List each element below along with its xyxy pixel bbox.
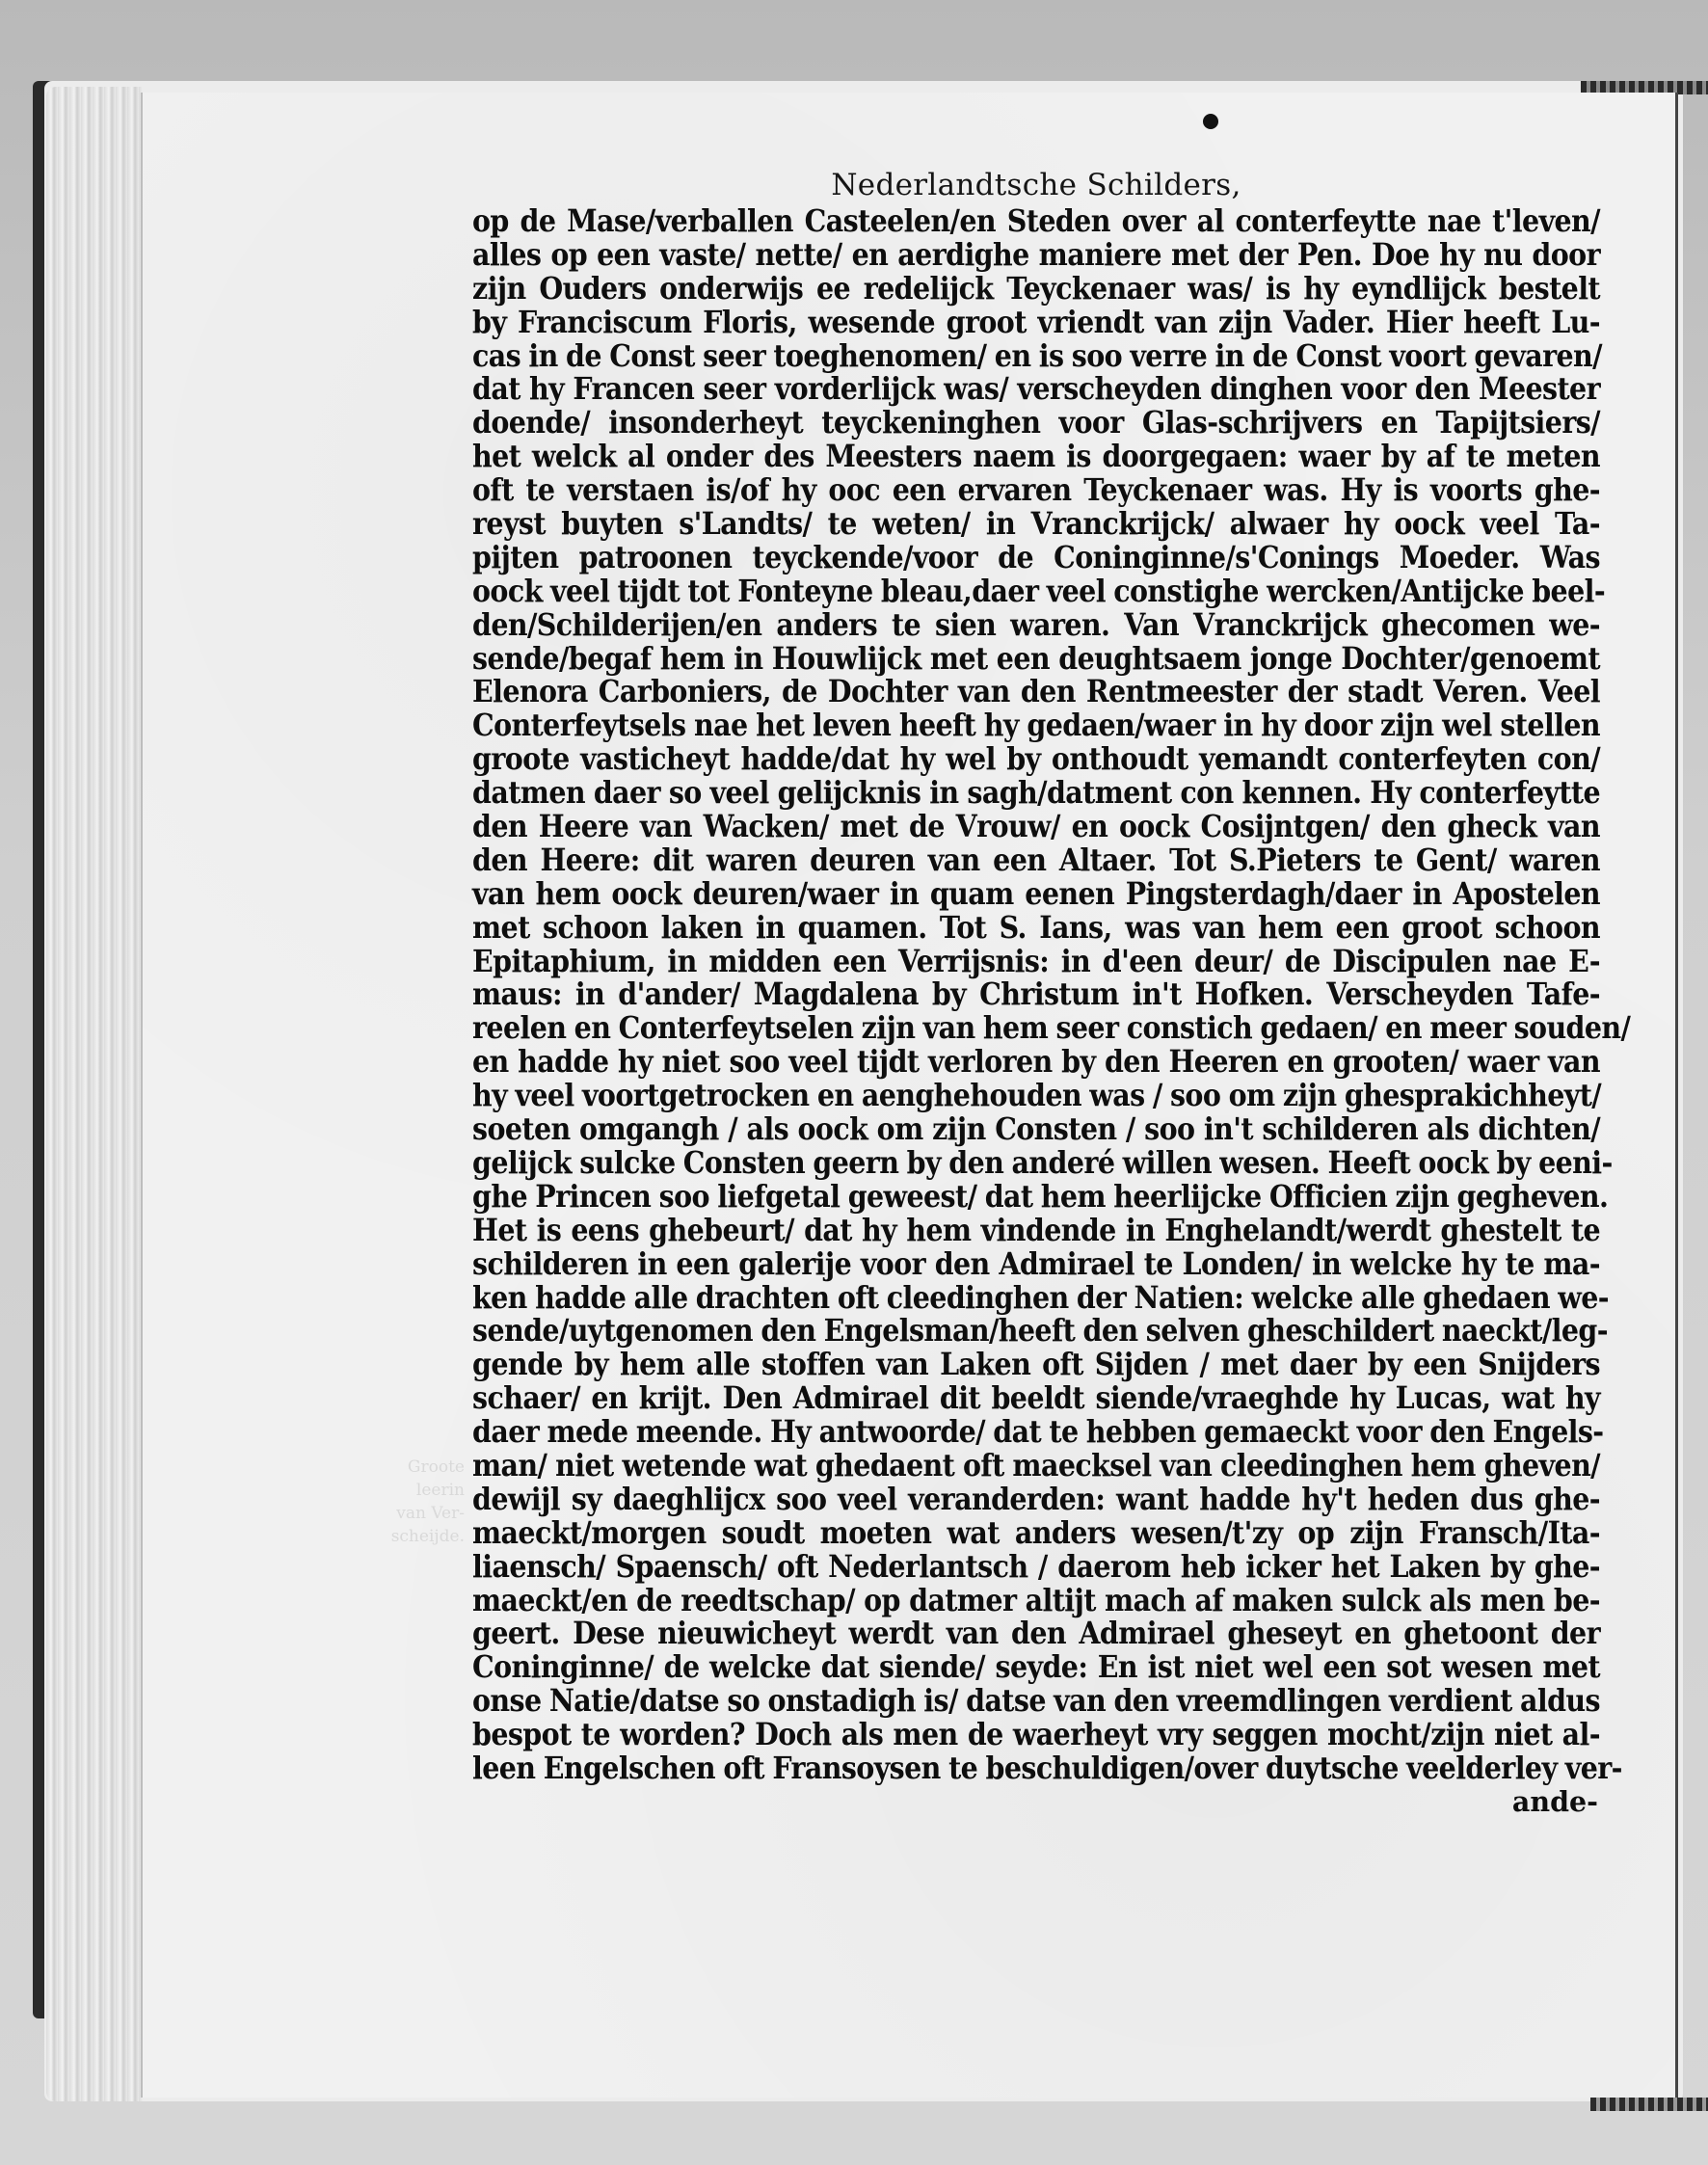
text-line: maeckt/en de reedtschap/ op datmer altij… xyxy=(472,1581,1600,1618)
text-line: datmen daer so veel gelijcknis in sagh/d… xyxy=(472,774,1600,812)
text-line: dewijl sy daeghlijcx soo veel veranderde… xyxy=(472,1481,1600,1518)
text-line: reelen en Conterfeytselen zijn van hem s… xyxy=(472,1009,1600,1047)
text-line: onse Natie/datse so onstadigh is/ datse … xyxy=(472,1682,1600,1720)
text-line: schilderen in een galerije voor den Admi… xyxy=(472,1245,1600,1283)
text-line: van hem oock deuren/waer in quam eenen P… xyxy=(472,875,1600,913)
text-line: Het is eens ghebeurt/ dat hy hem vindend… xyxy=(472,1212,1600,1249)
text-line: oock veel tijdt tot Fonteyne bleau,daer … xyxy=(472,573,1600,610)
tailband xyxy=(1590,2098,1708,2111)
text-line: daer mede meende. Hy antwoorde/ dat te h… xyxy=(472,1413,1600,1451)
text-line: by Franciscum Floris, wesende groot vrie… xyxy=(472,304,1600,341)
text-line: ken hadde alle drachten oft cleedinghen … xyxy=(472,1278,1600,1316)
text-line: dat hy Francen seer vorderlijck was/ ver… xyxy=(472,370,1600,408)
text-line: ghe Princen soo liefgetal geweest/ dat h… xyxy=(472,1178,1600,1216)
text-line: den/Schilderijen/en anders te sien waren… xyxy=(472,606,1600,644)
catchword: ande- xyxy=(472,1785,1600,1819)
text-line: en hadde hy niet soo veel tijdt verloren… xyxy=(472,1043,1600,1081)
margin-note-line: scheijde. xyxy=(349,1525,465,1548)
text-line: schaer/ en krijt. Den Admirael dit beeld… xyxy=(472,1379,1600,1417)
text-line: maeckt/morgen soudt moeten wat anders we… xyxy=(472,1514,1600,1552)
margin-note-line: leerin xyxy=(349,1479,465,1502)
text-line: met schoon laken in quamen. Tot S. Ians,… xyxy=(472,909,1600,947)
text-line: sende/begaf hem in Houwlijck met een deu… xyxy=(472,639,1600,677)
margin-note-line: Groote xyxy=(349,1456,465,1479)
text-line: op de Mase/verballen Casteelen/en Steden… xyxy=(472,202,1600,240)
text-line: oft te verstaen is/of hy ooc een ervaren… xyxy=(472,471,1600,509)
text-line: gelijck sulcke Consten geern by den ande… xyxy=(472,1144,1600,1182)
text-line: man/ niet wetende wat ghedaent oft maeck… xyxy=(472,1447,1600,1484)
running-head: Nederlandtsche Schilders, xyxy=(472,166,1600,204)
ink-spot xyxy=(1203,114,1218,129)
text-line: doende/ insonderheyt teyckeninghen voor … xyxy=(472,404,1600,441)
text-line: liaensch/ Spaensch/ oft Nederlantsch / d… xyxy=(472,1548,1600,1586)
page-edges xyxy=(46,87,143,2101)
text-line: Elenora Carboniers, de Dochter van den R… xyxy=(472,673,1600,710)
text-line: Coninginne/ de welcke dat siende/ seyde:… xyxy=(472,1648,1600,1686)
text-line: gende by hem alle stoffen van Laken oft … xyxy=(472,1346,1600,1383)
text-line: het welck al onder des Meesters naem is … xyxy=(472,438,1600,475)
text-line: geert. Dese nieuwicheyt werdt van den Ad… xyxy=(472,1615,1600,1652)
text-line: den Heere van Wacken/ met de Vrouw/ en o… xyxy=(472,808,1600,845)
text-line: pijten patroonen teyckende/voor de Conin… xyxy=(472,539,1600,576)
text-line: Conterfeytsels nae het leven heeft hy ge… xyxy=(472,707,1600,744)
margin-note-line: van Ver- xyxy=(349,1502,465,1525)
text-line: den Heere: dit waren deuren van een Alta… xyxy=(472,842,1600,879)
text-line: cas in de Const seer toeghenomen/ en is … xyxy=(472,336,1600,374)
text-line: sende/uytgenomen den Engelsman/heeft den… xyxy=(472,1312,1600,1350)
text-line: zijn Ouders onderwijs ee redelijck Teyck… xyxy=(472,270,1600,307)
text-line: maus: in d'ander/ Magdalena by Christum … xyxy=(472,976,1600,1013)
text-line: groote vasticheyt hadde/dat hy wel by on… xyxy=(472,740,1600,778)
text-line: soeten omgangh / als oock om zijn Conste… xyxy=(472,1110,1600,1148)
text-line: alles op een vaste/ nette/ en aerdighe m… xyxy=(472,236,1600,274)
margin-note-show-through: Groote leerin van Ver- scheijde. xyxy=(349,1456,465,1548)
text-line: reyst buyten s'Landts/ te weten/ in Vran… xyxy=(472,505,1600,543)
text-line: bespot te worden? Doch als men de waerhe… xyxy=(472,1716,1600,1753)
text-line: leen Engelschen oft Fransoysen te beschu… xyxy=(472,1750,1600,1787)
text-line: Epitaphium, in midden een Verrijsnis: in… xyxy=(472,943,1600,980)
text-line: hy veel voortgetrocken en aenghehouden w… xyxy=(472,1077,1600,1114)
text-block: Nederlandtsche Schilders, op de Mase/ver… xyxy=(472,166,1600,1819)
